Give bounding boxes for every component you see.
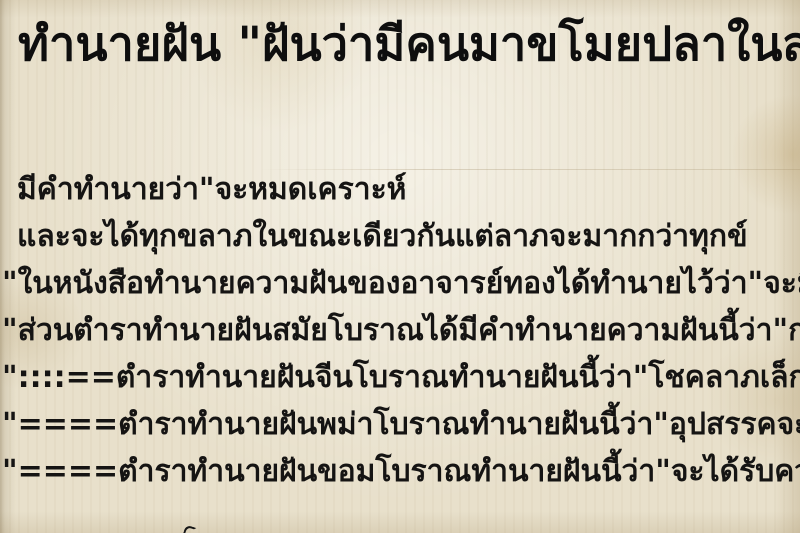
interpretation-body: มีคำทำนายว่า"จะหมดเคราะห์ และจะได้ทุกขลา… — [0, 166, 800, 533]
body-line: "====ตำราทำนายฝันขอมโบราณทำนายฝันนี้ว่า"… — [0, 448, 800, 495]
body-line: มีคำทำนายว่า"จะหมดเคราะห์ — [0, 166, 800, 213]
page-title: ทำนายฝัน "ฝันว่ามีคนมาขโมยปลาในสระ" — [18, 6, 800, 81]
body-line: และจะได้ทุกขลาภในขณะเดียวกันแต่ลาภจะมากก… — [0, 213, 800, 260]
body-line: "::::==ตำราทำนายฝันจีนโบราณทำนายฝันนี้ว่… — [0, 354, 800, 401]
body-line: "ในหนังสือทำนายความฝันของอาจารย์ทองได้ทำ… — [0, 260, 800, 307]
dream-interpretation-page: ทำนายฝัน "ฝันว่ามีคนมาขโมยปลาในสระ" มีคำ… — [0, 0, 800, 533]
body-line: "====ตำราทำนายฝันพม่าโบราณทำนายฝันนี้ว่า… — [0, 401, 800, 448]
body-line: "ส่วนตำราทำนายฝันสมัยโบราณได้มีคำทำนายคว… — [0, 307, 800, 354]
